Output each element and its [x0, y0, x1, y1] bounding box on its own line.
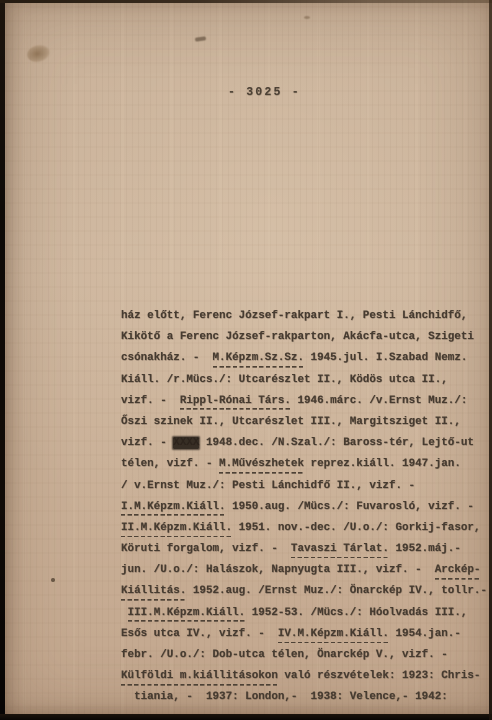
text-line: Őszi szinek II., Utcarészlet III., Margi…: [121, 412, 492, 433]
text-line: ház előtt, Ferenc József-rakpart I., Pes…: [121, 306, 492, 327]
text-line: csónakház. - M.Képzm.Sz.Sz. 1945.jul. I.…: [121, 348, 492, 369]
text-segment: 1946.márc. /v.Ernst Muz./:: [291, 395, 467, 407]
text-segment: 1950.aug. /Mücs./: Fuvarosló, vizf. -: [226, 501, 474, 513]
text-segment: tiania, - 1937: London,- 1938: Velence,-…: [121, 691, 448, 703]
text-segment: Köruti forgalom, vizf. -: [121, 543, 291, 555]
text-segment: 1948.dec. /N.Szal./: Baross-tér, Lejtő-u…: [199, 437, 474, 449]
paper-speck: [51, 578, 55, 582]
text-line: Kiállitás. 1952.aug. /Ernst Muz./: Önarc…: [121, 581, 492, 602]
text-line: Külföldi m.kiállitásokon való részvétele…: [121, 666, 492, 687]
text-segment: vizf. -: [121, 395, 180, 407]
text-segment: 1945.jul. I.Szabad Nemz.: [304, 352, 467, 364]
text-segment: Esős utca IV., vizf. -: [121, 628, 278, 640]
scan-edge-left: [0, 0, 5, 720]
text-line: Köruti forgalom, vizf. - Tavaszi Tárlat.…: [121, 539, 492, 560]
text-segment: 1952-53. /Mücs./: Hóolvadás III.,: [245, 607, 467, 619]
text-line: vizf. - Rippl-Rónai Társ. 1946.márc. /v.…: [121, 391, 492, 412]
underlined-text: Kiállitás.: [121, 585, 186, 600]
text-line: II.M.Képzm.Kiáll. 1951. nov.-dec. /U.o./…: [121, 518, 492, 539]
page-number: - 3025 -: [228, 86, 301, 99]
underlined-text: Külföldi m.kiállitásokon: [121, 670, 278, 685]
underlined-text: M.Képzm.Sz.Sz.: [213, 352, 305, 367]
text-segment: ház előtt, Ferenc József-rakpart I., Pes…: [121, 310, 467, 322]
text-segment: 1951. nov.-dec. /U.o./: Gorkij-fasor,: [232, 522, 480, 534]
text-line: tiania, - 1937: London,- 1938: Velence,-…: [121, 687, 492, 708]
text-line: télen, vizf. - M.Művészhetek reprez.kiál…: [121, 454, 492, 475]
typewritten-text-block: ház előtt, Ferenc József-rakpart I., Pes…: [121, 306, 492, 709]
text-line: Kiáll. /r.Mücs./: Utcarészlet II., Ködös…: [121, 370, 492, 391]
text-segment: Őszi szinek II., Utcarészlet III., Margi…: [121, 416, 461, 428]
text-segment: csónakház. -: [121, 352, 213, 364]
scan-edge-bottom: [0, 714, 492, 720]
paper-speck: [304, 16, 310, 19]
underlined-text: M.Művészhetek: [219, 458, 304, 473]
text-segment: télen, vizf. -: [121, 458, 219, 470]
text-line: / v.Ernst Muz./: Pesti Lánchidfő II., vi…: [121, 476, 492, 497]
underlined-text: Tavaszi Tárlat.: [291, 543, 389, 558]
text-line: I.M.Képzm.Kiáll. 1950.aug. /Mücs./: Fuva…: [121, 497, 492, 518]
text-segment: 1952.máj.-: [389, 543, 461, 555]
text-segment: reprez.kiáll. 1947.jan.: [304, 458, 461, 470]
underlined-text: I.M.Képzm.Kiáll.: [121, 501, 226, 516]
scan-edge-top: [0, 0, 492, 3]
struck-out-text: XXXX: [173, 437, 199, 449]
underlined-text: III.M.Képzm.Kiáll.: [128, 607, 246, 622]
underlined-text: Arckép-: [435, 564, 481, 579]
text-segment: [121, 607, 128, 619]
text-segment: Kiáll. /r.Mücs./: Utcarészlet II., Ködös…: [121, 374, 448, 386]
text-segment: jun. /U.o./: Halászok, Napnyugta III., v…: [121, 564, 435, 576]
scanned-document-page: - 3025 - ház előtt, Ferenc József-rakpar…: [0, 0, 492, 720]
text-line: Esős utca IV., vizf. - IV.M.Képzm.Kiáll.…: [121, 624, 492, 645]
text-line: jun. /U.o./: Halászok, Napnyugta III., v…: [121, 560, 492, 581]
text-segment: 1952.aug. /Ernst Muz./: Önarckép IV., to…: [186, 585, 487, 597]
underlined-text: IV.M.Képzm.Kiáll.: [278, 628, 389, 643]
underlined-text: II.M.Képzm.Kiáll.: [121, 522, 232, 537]
text-segment: / v.Ernst Muz./: Pesti Lánchidfő II., vi…: [121, 480, 415, 492]
text-segment: való részvételek: 1923: Chris-: [278, 670, 481, 682]
text-segment: 1954.jan.-: [389, 628, 461, 640]
text-line: febr. /U.o./: Dob-utca télen, Önarckép V…: [121, 645, 492, 666]
underlined-text: Rippl-Rónai Társ.: [180, 395, 291, 410]
text-line: vizf. - XXXX 1948.dec. /N.Szal./: Baross…: [121, 433, 492, 454]
text-segment: Kikötő a Ferenc József-rakparton, Akácfa…: [121, 331, 474, 343]
text-segment: vizf. -: [121, 437, 173, 449]
text-segment: febr. /U.o./: Dob-utca télen, Önarckép V…: [121, 649, 448, 661]
text-line: Kikötő a Ferenc József-rakparton, Akácfa…: [121, 327, 492, 348]
text-line: III.M.Képzm.Kiáll. 1952-53. /Mücs./: Hóo…: [121, 603, 492, 624]
